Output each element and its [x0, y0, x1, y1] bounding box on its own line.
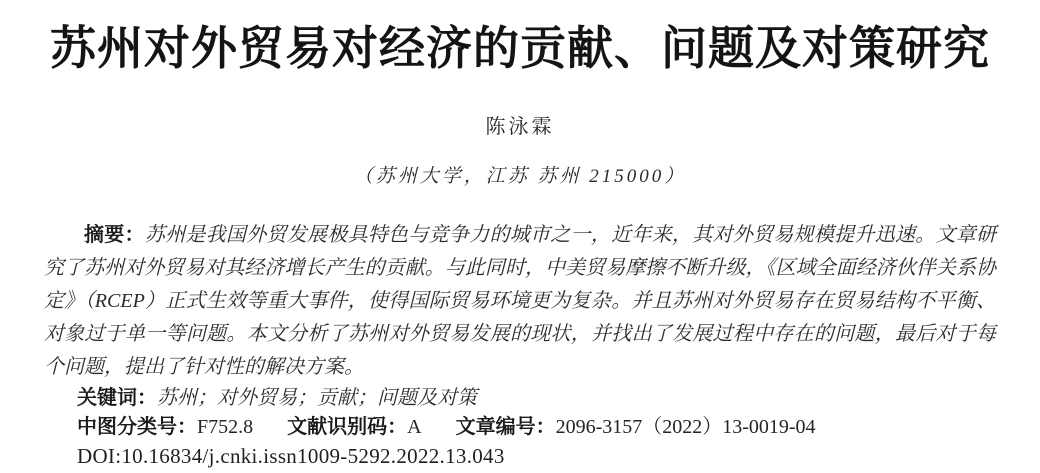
clc-value: F752.8 — [197, 416, 253, 438]
abstract-text: 苏州是我国外贸发展极具特色与竞争力的城市之一，近年来，其对外贸易规模提升迅速。文… — [44, 224, 996, 378]
keywords-text: 苏州；对外贸易；贡献；问题及对策 — [157, 387, 477, 409]
paper-page: 苏州对外贸易对经济的贡献、问题及对策研究 陈泳霖 （苏州大学，江苏 苏州 215… — [44, 0, 996, 470]
clc-label: 中图分类号： — [77, 416, 197, 438]
doc-code-value: A — [407, 416, 421, 438]
abstract-paragraph: 摘要：苏州是我国外贸发展极具特色与竞争力的城市之一，近年来，其对外贸易规模提升迅… — [44, 219, 996, 384]
article-no-label: 文章编号： — [456, 416, 556, 438]
paper-title: 苏州对外贸易对经济的贡献、问题及对策研究 — [44, 21, 996, 75]
keywords-label: 关键词： — [77, 387, 157, 409]
doc-code-label: 文献识别码： — [287, 416, 407, 438]
article-no-value: 2096-3157（2022）13-0019-04 — [556, 416, 816, 438]
classification-line: 中图分类号：F752.8文献识别码：A文章编号：2096-3157（2022）1… — [44, 413, 996, 442]
abstract-label: 摘要： — [84, 224, 145, 246]
author-name: 陈泳霖 — [44, 115, 996, 139]
author-affiliation: （苏州大学，江苏 苏州 215000） — [44, 165, 996, 189]
keywords-line: 关键词：苏州；对外贸易；贡献；问题及对策 — [44, 384, 996, 413]
doi-line: DOI:10.16834/j.cnki.issn1009-5292.2022.1… — [44, 442, 996, 470]
